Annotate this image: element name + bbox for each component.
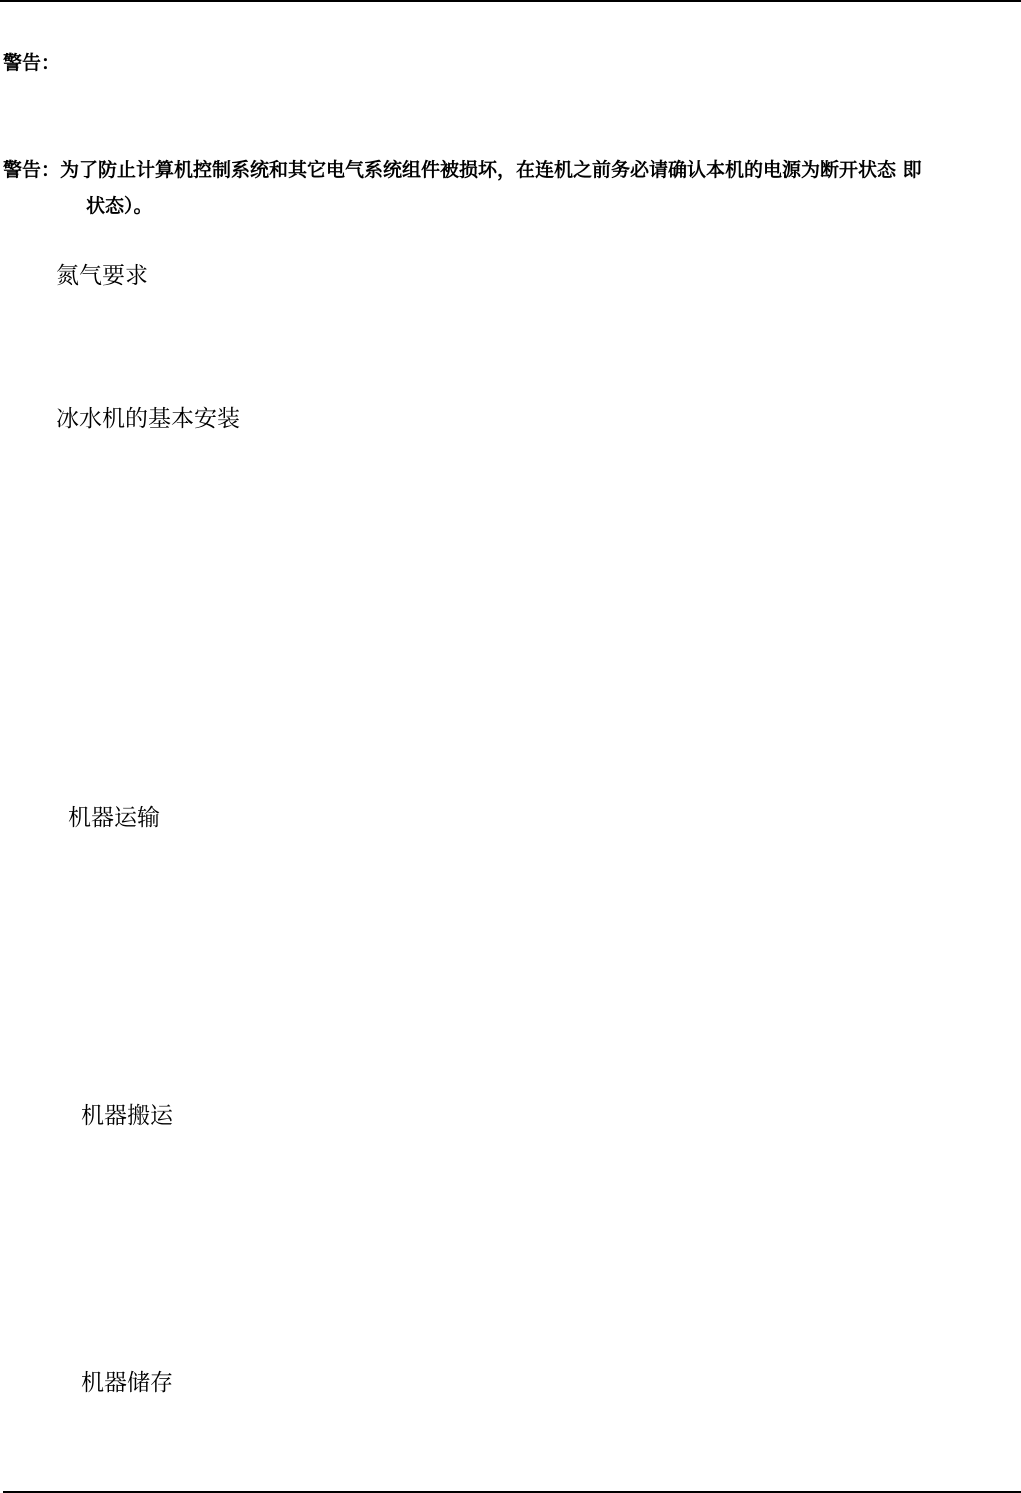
warning-text-line1: 警告：为了防止计算机控制系统和其它电气系统组件被损坏，在连机之前务必请确认本机的…: [3, 161, 922, 180]
warning-text-line2: 状态）。: [86, 197, 153, 216]
section-heading-machine-handling: 机器搬运: [81, 1105, 173, 1128]
section-heading-nitrogen-requirements: 氮气要求: [56, 265, 148, 288]
section-heading-machine-storage: 机器储存: [81, 1372, 173, 1395]
warning-label: 警告：: [3, 54, 60, 73]
header-rule: [0, 0, 1021, 2]
section-heading-machine-transport: 机器运输: [68, 807, 160, 830]
section-heading-chiller-basic-installation: 冰水机的基本安装: [56, 408, 240, 431]
